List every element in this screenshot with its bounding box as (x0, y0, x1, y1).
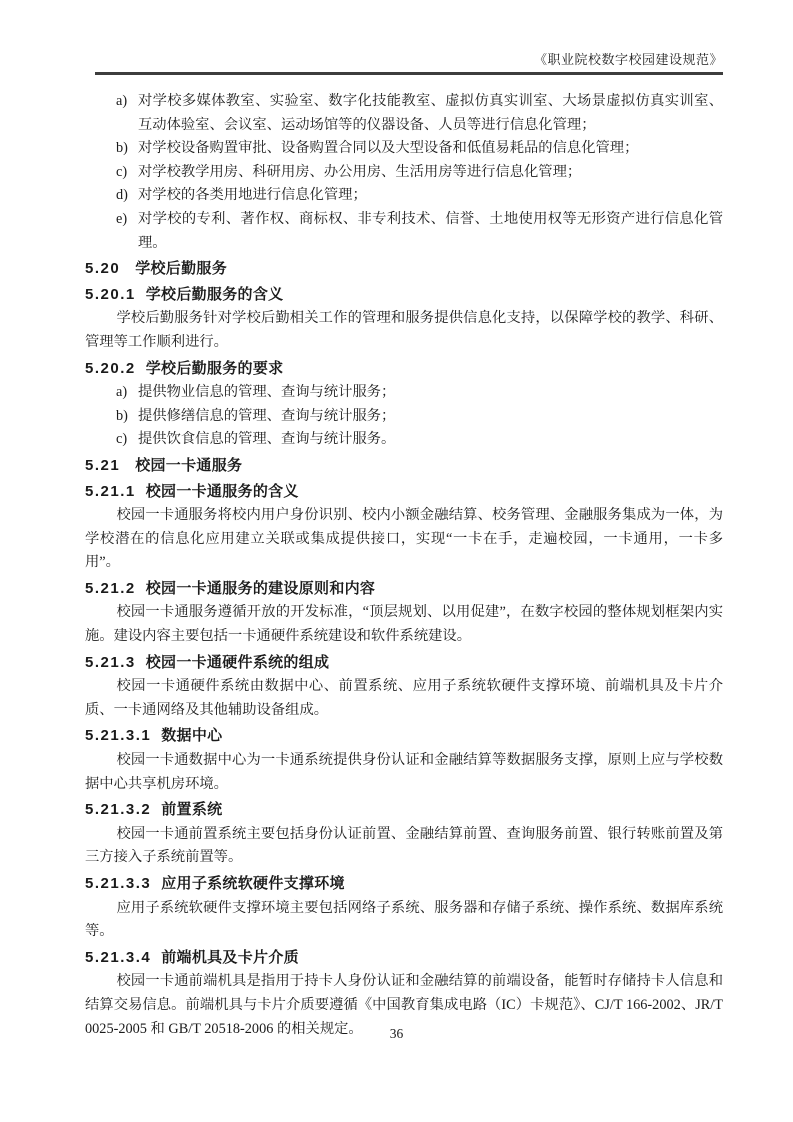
paragraph-5-21-3-1: 校园一卡通数据中心为一卡通系统提供身份认证和金融结算等数据服务支撑，原则上应与学… (85, 749, 723, 796)
document-content: a) 对学校多媒体教室、实验室、数字化技能教室、虚拟仿真实训室、大场景虚拟仿真实… (85, 90, 723, 1041)
heading-title: 校园一卡通服务的含义 (146, 483, 299, 500)
section-heading-5-20-2: 5.20.2学校后勤服务的要求 (85, 357, 723, 381)
section-heading-5-20-1: 5.20.1学校后勤服务的含义 (85, 283, 723, 307)
page-header: 《职业院校数字校园建设规范》 (95, 49, 723, 75)
heading-title: 学校后勤服务的含义 (146, 286, 284, 303)
page-number: 36 (390, 1026, 404, 1041)
paragraph-5-21-3-3: 应用子系统软硬件支撑环境主要包括网络子系统、服务器和存储子系统、操作系统、数据库… (85, 897, 723, 944)
section-heading-5-21: 5.21校园一卡通服务 (85, 454, 723, 478)
list-marker: c) (116, 428, 127, 452)
heading-number: 5.21 (85, 457, 120, 474)
heading-title: 前端机具及卡片介质 (161, 949, 299, 966)
heading-number: 5.21.1 (85, 483, 136, 500)
heading-number: 5.21.2 (85, 580, 136, 597)
heading-number: 5.20.1 (85, 286, 136, 303)
list-marker: e) (116, 208, 127, 232)
paragraph-5-21-1: 校园一卡通服务将校内用户身份识别、校内小额金融结算、校务管理、金融服务集成为一体… (85, 504, 723, 575)
heading-title: 校园一卡通服务 (135, 457, 242, 474)
section-heading-5-21-3-2: 5.21.3.2前置系统 (85, 798, 723, 822)
heading-number: 5.20 (85, 260, 120, 277)
list-item: d) 对学校的各类用地进行信息化管理； (85, 184, 723, 208)
heading-number: 5.21.3.1 (85, 727, 151, 744)
heading-title: 学校后勤服务 (135, 260, 227, 277)
heading-title: 校园一卡通服务的建设原则和内容 (146, 580, 376, 597)
heading-number: 5.21.3.3 (85, 875, 151, 892)
list-marker: a) (116, 90, 127, 114)
heading-title: 校园一卡通硬件系统的组成 (146, 654, 330, 671)
list-marker: c) (116, 161, 127, 185)
heading-number: 5.20.2 (85, 360, 136, 377)
list-item: a) 对学校多媒体教室、实验室、数字化技能教室、虚拟仿真实训室、大场景虚拟仿真实… (85, 90, 723, 137)
heading-number: 5.21.3.2 (85, 801, 151, 818)
heading-title: 数据中心 (161, 727, 222, 744)
list-item: e) 对学校的专利、著作权、商标权、非专利技术、信誉、土地使用权等无形资产进行信… (85, 208, 723, 255)
list-item: c) 提供饮食信息的管理、查询与统计服务。 (85, 428, 723, 452)
heading-number: 5.21.3 (85, 654, 136, 671)
logistics-services-list: a) 提供物业信息的管理、查询与统计服务； b) 提供修缮信息的管理、查询与统计… (85, 381, 723, 452)
list-item: b) 对学校设备购置审批、设备购置合同以及大型设备和低值易耗品的信息化管理； (85, 137, 723, 161)
list-marker: a) (116, 381, 127, 405)
list-item-text: 提供饮食信息的管理、查询与统计服务。 (138, 431, 395, 447)
section-heading-5-21-3-1: 5.21.3.1数据中心 (85, 724, 723, 748)
heading-title: 前置系统 (161, 801, 222, 818)
asset-management-list: a) 对学校多媒体教室、实验室、数字化技能教室、虚拟仿真实训室、大场景虚拟仿真实… (85, 90, 723, 255)
list-item: a) 提供物业信息的管理、查询与统计服务； (85, 381, 723, 405)
paragraph-5-21-3-2: 校园一卡通前置系统主要包括身份认证前置、金融结算前置、查询服务前置、银行转账前置… (85, 823, 723, 870)
page-footer: 36 (0, 1026, 793, 1042)
section-heading-5-20: 5.20学校后勤服务 (85, 257, 723, 281)
section-heading-5-21-1: 5.21.1校园一卡通服务的含义 (85, 480, 723, 504)
list-item-text: 对学校设备购置审批、设备购置合同以及大型设备和低值易耗品的信息化管理； (138, 140, 638, 156)
section-heading-5-21-2: 5.21.2校园一卡通服务的建设原则和内容 (85, 577, 723, 601)
list-marker: d) (116, 184, 128, 208)
list-marker: b) (116, 137, 128, 161)
list-item-text: 提供修缮信息的管理、查询与统计服务； (138, 408, 395, 424)
list-item: c) 对学校教学用房、科研用房、办公用房、生活用房等进行信息化管理； (85, 161, 723, 185)
list-item-text: 对学校多媒体教室、实验室、数字化技能教室、虚拟仿真实训室、大场景虚拟仿真实训室、… (138, 93, 723, 133)
list-item-text: 对学校的各类用地进行信息化管理； (138, 187, 367, 203)
list-item-text: 提供物业信息的管理、查询与统计服务； (138, 384, 395, 400)
paragraph-5-21-2: 校园一卡通服务遵循开放的开发标准，“顶层规划、以用促建”，在数字校园的整体规划框… (85, 601, 723, 648)
heading-title: 学校后勤服务的要求 (146, 360, 284, 377)
section-heading-5-21-3-3: 5.21.3.3应用子系统软硬件支撑环境 (85, 872, 723, 896)
header-doc-title: 《职业院校数字校园建设规范》 (534, 52, 723, 67)
paragraph-5-21-3: 校园一卡通硬件系统由数据中心、前置系统、应用子系统软硬件支撑环境、前端机具及卡片… (85, 675, 723, 722)
document-page: 《职业院校数字校园建设规范》 a) 对学校多媒体教室、实验室、数字化技能教室、虚… (0, 0, 793, 1122)
section-heading-5-21-3: 5.21.3校园一卡通硬件系统的组成 (85, 651, 723, 675)
paragraph-5-20-1: 学校后勤服务针对学校后勤相关工作的管理和服务提供信息化支持，以保障学校的教学、科… (85, 307, 723, 354)
section-heading-5-21-3-4: 5.21.3.4前端机具及卡片介质 (85, 946, 723, 970)
list-item: b) 提供修缮信息的管理、查询与统计服务； (85, 405, 723, 429)
list-item-text: 对学校的专利、著作权、商标权、非专利技术、信誉、土地使用权等无形资产进行信息化管… (138, 211, 723, 251)
list-item-text: 对学校教学用房、科研用房、办公用房、生活用房等进行信息化管理； (138, 164, 581, 180)
heading-number: 5.21.3.4 (85, 949, 151, 966)
list-marker: b) (116, 405, 128, 429)
heading-title: 应用子系统软硬件支撑环境 (161, 875, 345, 892)
